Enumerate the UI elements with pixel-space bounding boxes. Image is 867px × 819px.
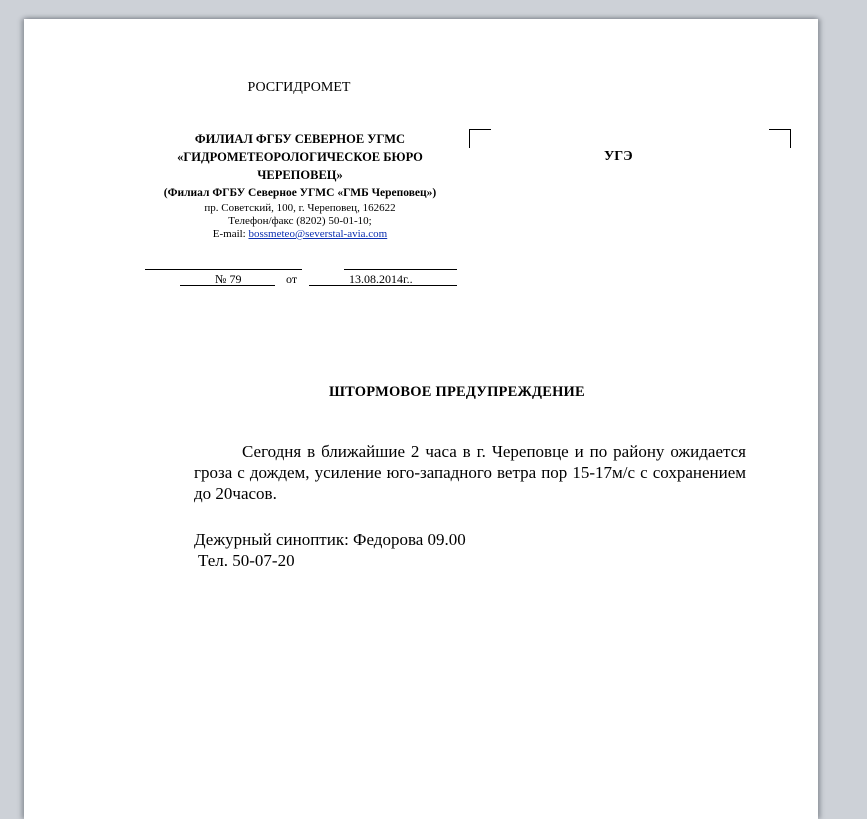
contact-phone: Тел. 50-07-20 xyxy=(198,550,295,571)
recipient-corner-top-right xyxy=(769,129,791,148)
letterhead-line-3: ЧЕРЕПОВЕЦ» xyxy=(142,166,458,184)
email-link[interactable]: bossmeteo@severstal-avia.com xyxy=(249,228,388,240)
recipient-corner-top-left xyxy=(469,129,491,148)
warning-body: Сегодня в ближайшие 2 часа в г. Череповц… xyxy=(194,441,746,504)
email-label: E-mail: xyxy=(213,228,249,240)
letterhead-email-row: E-mail: bossmeteo@severstal-avia.com xyxy=(142,228,458,241)
document-page: РОСГИДРОМЕТ ФИЛИАЛ ФГБУ СЕВЕРНОЕ УГМС «Г… xyxy=(24,19,818,804)
registration-from-label: от xyxy=(286,272,297,287)
recipient: УГЭ xyxy=(604,149,633,165)
duty-forecaster: Дежурный синоптик: Федорова 09.00 xyxy=(194,529,466,550)
registration-date: 13.08.2014г.. xyxy=(349,272,413,287)
letterhead-address: пр. Советский, 100, г. Череповец, 162622 xyxy=(142,202,458,215)
registration-top-line-left xyxy=(145,269,302,270)
organization-top: РОСГИДРОМЕТ xyxy=(244,80,354,96)
document-title: ШТОРМОВОЕ ПРЕДУПРЕЖДЕНИЕ xyxy=(329,384,585,401)
letterhead-line-2: «ГИДРОМЕТЕОРОЛОГИЧЕСКОЕ БЮРО xyxy=(142,148,458,166)
registration-top-line-right xyxy=(344,269,457,270)
letterhead-short-name: (Филиал ФГБУ Северное УГМС «ГМБ Черепове… xyxy=(142,184,458,202)
letterhead-phone-fax: Телефон/факс (8202) 50-01-10; xyxy=(142,215,458,228)
letterhead: ФИЛИАЛ ФГБУ СЕВЕРНОЕ УГМС «ГИДРОМЕТЕОРОЛ… xyxy=(142,130,458,241)
registration-number: № 79 xyxy=(215,272,241,287)
letterhead-line-1: ФИЛИАЛ ФГБУ СЕВЕРНОЕ УГМС xyxy=(142,130,458,148)
